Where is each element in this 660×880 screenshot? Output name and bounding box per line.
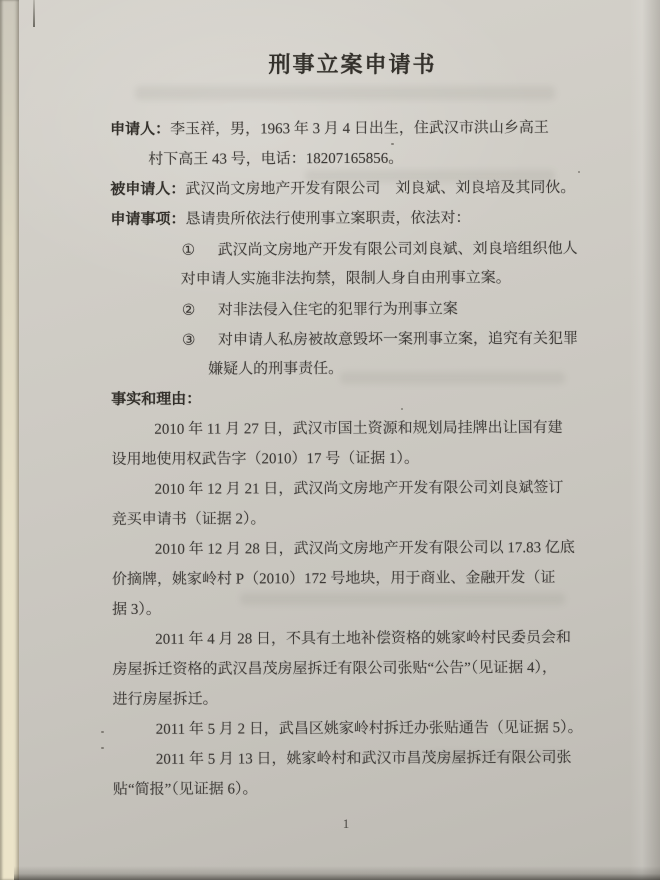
fact-6-line-2: 贴“简报”（见证据 6）。 bbox=[113, 773, 583, 805]
applicant-text-1: 李玉祥，男，1963 年 3 月 4 日出生，住武汉市洪山乡高王 bbox=[170, 120, 549, 138]
item-2-line-1: ②对非法侵入住宅的犯罪行为刑事立案 bbox=[111, 293, 581, 325]
respondent-line: 被申请人：武汉尚文房地产开发有限公司 刘良斌、刘良培及其同伙。 bbox=[110, 173, 580, 205]
item-3-text-1: 对申请人私房被故意毁坏一案刑事立案，追究有关犯罪 bbox=[218, 331, 578, 349]
item-3-line-2: 嫌疑人的刑事责任。 bbox=[111, 353, 581, 385]
item-3-circled-number: ③ bbox=[182, 325, 218, 355]
right-edge-shadow bbox=[630, 0, 660, 880]
fact-3-line-1: 2010 年 12 月 28 日，武汉尚文房地产开发有限公司以 17.83 亿底 bbox=[112, 533, 582, 565]
applicant-line-2: 村下高王 43 号，电话：18207165856。 bbox=[110, 143, 580, 175]
item-1-text-1: 武汉尚文房地产开发有限公司刘良斌、刘良培组织他人 bbox=[218, 241, 578, 259]
bottom-edge-shadow bbox=[14, 866, 660, 880]
fact-2-line-1: 2010 年 12 月 21 日，武汉尚文房地产开发有限公司刘良斌签订 bbox=[112, 473, 582, 505]
fact-4-line-2: 房屋拆迁资格的武汉昌茂房屋拆迁有限公司张贴“公告”（见证据 4）， bbox=[112, 653, 582, 685]
fact-3-line-2: 价摘牌，姚家岭村 P（2010）172 号地块，用于商业、金融开发（证 bbox=[112, 563, 582, 595]
fact-2-line-2: 竞买申请书（证据 2）。 bbox=[112, 503, 582, 535]
ink-speck bbox=[101, 747, 104, 749]
document-body: 申请人：李玉祥，男，1963 年 3 月 4 日出生，住武汉市洪山乡高王 村下高… bbox=[110, 113, 583, 805]
bleedthrough-smudge bbox=[135, 86, 555, 100]
fact-5-line-1: 2011 年 5 月 2 日，武昌区姚家岭村拆迁办张贴通告（见证据 5）。 bbox=[113, 713, 583, 745]
matters-label: 申请事项： bbox=[110, 212, 185, 228]
item-1-circled-number: ① bbox=[182, 235, 218, 265]
fact-1-line-1: 2010 年 11 月 27 日，武汉市国土资源和规划局挂牌出让国有建 bbox=[111, 413, 581, 445]
applicant-line-1: 申请人：李玉祥，男，1963 年 3 月 4 日出生，住武汉市洪山乡高王 bbox=[110, 113, 580, 145]
matters-line: 申请事项：恳请贵所依法行使刑事立案职责，依法对： bbox=[110, 203, 580, 235]
applicant-label: 申请人： bbox=[110, 122, 170, 138]
item-1-line-1: ①武汉尚文房地产开发有限公司刘良斌、刘良培组织他人 bbox=[111, 233, 581, 265]
item-1-line-2: 对申请人实施非法拘禁，限制人身自由刑事立案。 bbox=[111, 263, 581, 295]
matters-text: 恳请贵所依法行使刑事立案职责，依法对： bbox=[185, 210, 470, 227]
facts-heading: 事实和理由： bbox=[111, 383, 581, 415]
fact-3-line-3: 据 3）。 bbox=[112, 593, 582, 625]
page-number: 1 bbox=[336, 816, 356, 832]
respondent-text: 武汉尚文房地产开发有限公司 刘良斌、刘良培及其同伙。 bbox=[185, 180, 575, 198]
item-3-line-1: ③对申请人私房被故意毁坏一案刑事立案，追究有关犯罪 bbox=[111, 323, 581, 355]
staple-mark bbox=[33, 0, 35, 27]
respondent-label: 被申请人： bbox=[110, 182, 185, 198]
item-2-circled-number: ② bbox=[182, 295, 218, 325]
ink-speck bbox=[101, 731, 104, 733]
document-photo: 刑事立案申请书 申请人：李玉祥，男，1963 年 3 月 4 日出生，住武汉市洪… bbox=[0, 0, 660, 880]
fact-4-line-1: 2011 年 4 月 28 日，不具有土地补偿资格的姚家岭村民委员会和 bbox=[112, 623, 582, 655]
fact-6-line-1: 2011 年 5 月 13 日，姚家岭村和武汉市昌茂房屋拆迁有限公司张 bbox=[113, 743, 583, 775]
document-title: 刑事立案申请书 bbox=[0, 48, 660, 79]
underlying-page-edge bbox=[0, 0, 19, 880]
item-2-text-1: 对非法侵入住宅的犯罪行为刑事立案 bbox=[218, 301, 458, 318]
fact-1-line-2: 设用地使用权武告字（2010）17 号（证据 1）。 bbox=[111, 443, 581, 475]
fact-4-line-3: 进行房屋拆迁。 bbox=[112, 683, 582, 715]
